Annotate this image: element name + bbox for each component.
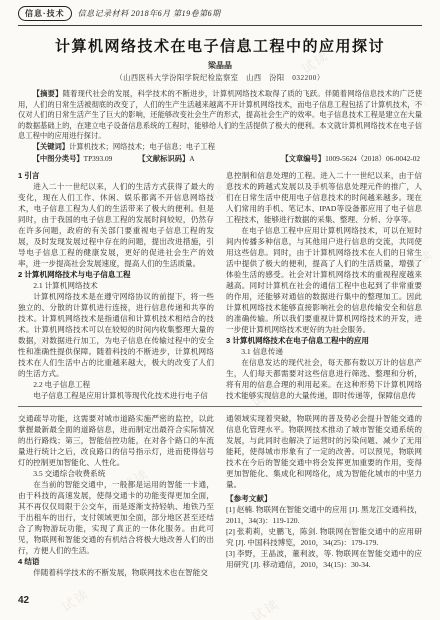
paragraph: 伴随着科学技术的不断发展，物联网技术也在智能交 [18, 567, 214, 578]
abstract-label: 【摘要】 [33, 89, 63, 98]
paragraph: 在当前的智能交通中，一般都是运用的智能一卡通，由于科技的高速发展，使得交通卡的功… [18, 479, 214, 556]
document-code: 【文献标识码】A [138, 154, 194, 165]
article-body-top: 1 引言 进入二十一世纪以来，人们的生活方式获得了最大的变化，现在人们工作、休闲… [18, 170, 422, 401]
section-heading-2: 2 计算机网络技术与电子信息工程 [18, 269, 214, 280]
article-divider-rule [18, 406, 422, 407]
section-heading-3: 3 计算机网络技术在电子信息工程中的应用 [226, 335, 422, 346]
article-body-bottom: 交通疏导功能，这需要对城市道路实施严密的监控，以此掌握最新最全面的道路信息，进而… [18, 413, 422, 578]
reference-item: [3] 李野，王晶波，董利波，等. 物联网在智能交通中的应用研究 [J]. 移动… [226, 548, 422, 570]
left-column-bottom: 交通疏导功能，这需要对城市道路实施严密的监控，以此掌握最新最全面的道路信息，进而… [18, 413, 214, 578]
left-column: 1 引言 进入二十一世纪以来，人们的生活方式获得了最大的变化，现在人们工作、休闲… [18, 170, 214, 401]
paragraph-continuation: 通领域实现着突破，物联网的普及势必会提升智能交通的信息化管理水平。物联网技术推动… [226, 413, 422, 490]
article-id: 【文章编号】1009-5624（2018）06-0042-02 [281, 154, 420, 165]
journal-issue-info: 信息记录材料 2018年6月 第19卷第6期 [78, 8, 221, 19]
subsection-heading-2-2: 2.2 电子信息工程 [18, 379, 214, 390]
subsection-heading-3-1: 3.1 信息传递 [226, 346, 422, 357]
paper-title: 计算机网络技术在电子信息工程中的应用探讨 [18, 35, 422, 56]
abstract-text: 随着现代社会的发展，科学技术的不断进步，计算机网络技术取得了质的飞跃。伴随着网络… [18, 89, 422, 140]
reference-item: [2] 张莉莉，史鹏飞，陈剑. 物联网在智能交通中的应用研究 [J]. 中国科技… [226, 526, 422, 548]
clc-number: 【中图分类号】TP393.09 [33, 154, 113, 165]
abstract-block: 【摘要】随着现代社会的发展，科学技术的不断进步，计算机网络技术取得了质的飞跃。伴… [18, 89, 422, 164]
abstract-paragraph: 【摘要】随着现代社会的发展，科学技术的不断进步，计算机网络技术取得了质的飞跃。伴… [18, 89, 422, 142]
section-heading-4: 4 结语 [18, 556, 214, 567]
author-affiliation: （山西医科大学汾阳学院纪检监察室 山西 汾阳 032200） [18, 73, 422, 83]
trial-watermark: 试读 [247, 593, 283, 620]
trial-watermark: 试读 [57, 583, 93, 615]
journal-page: 试读 试读 试读 试读 试读 试读 试读 试读 试读 试读 试读 试读 信息·技… [0, 0, 440, 620]
reference-item: [1] 赵楠. 物联网在智能交通中的应用 [J]. 黑龙江交通科技，2011，3… [226, 504, 422, 526]
paragraph-continuation: 交通疏导功能，这需要对城市道路实施严密的监控，以此掌握最新最全面的道路信息，进而… [18, 413, 214, 468]
section-heading-1: 1 引言 [18, 170, 214, 181]
paragraph: 计算机网络技术是在遵守网络协议的前提下，将一些独立的、分散的计算机进行连接，进行… [18, 291, 214, 379]
keywords-label: 【关键词】 [33, 142, 69, 151]
subsection-heading-2-1: 2.1 计算机网络技术 [18, 280, 214, 291]
paragraph: 在信息发达的现代社会，每天都有数以万计的信息产生，人们每天都需要对这些信息进行筛… [226, 357, 422, 401]
paragraph-continuation: 息控制和信息处理的工程。进入二十一世纪以来，由于信息技术的跨越式发展以及手机等信… [226, 170, 422, 225]
paragraph: 在电子信息工程中应用计算机网络技术，可以在短时间内传播多种信息，与其他用户进行信… [226, 225, 422, 335]
journal-header: 信息·技术 信息记录材料 2018年6月 第19卷第6期 [18, 6, 422, 26]
references-heading: 【参考文献】 [226, 493, 422, 504]
journal-column-badge: 信息·技术 [18, 6, 72, 21]
subsection-heading-3-5: 3.5 交通综合收费系统 [18, 468, 214, 479]
classification-line: 【中图分类号】TP393.09 【文献标识码】A 【文章编号】1009-5624… [18, 154, 422, 165]
keywords-text: 计算机技术；网络技术；电子信息；电子工程 [69, 142, 215, 151]
right-column-bottom: 通领域实现着突破，物联网的普及势必会提升智能交通的信息化管理水平。物联网技术推动… [226, 413, 422, 578]
keywords-paragraph: 【关键词】计算机技术；网络技术；电子信息；电子工程 [18, 142, 422, 153]
paragraph: 电子信息工程是应用计算机等现代化技术进行电子信 [18, 390, 214, 401]
page-number: 42 [18, 595, 29, 606]
right-column: 息控制和信息处理的工程。进入二十一世纪以来，由于信息技术的跨越式发展以及手机等信… [226, 170, 422, 401]
paragraph: 进入二十一世纪以来，人们的生活方式获得了最大的变化，现在人们工作、休闲、娱乐都离… [18, 181, 214, 269]
author-name: 梁晶晶 [18, 60, 422, 71]
